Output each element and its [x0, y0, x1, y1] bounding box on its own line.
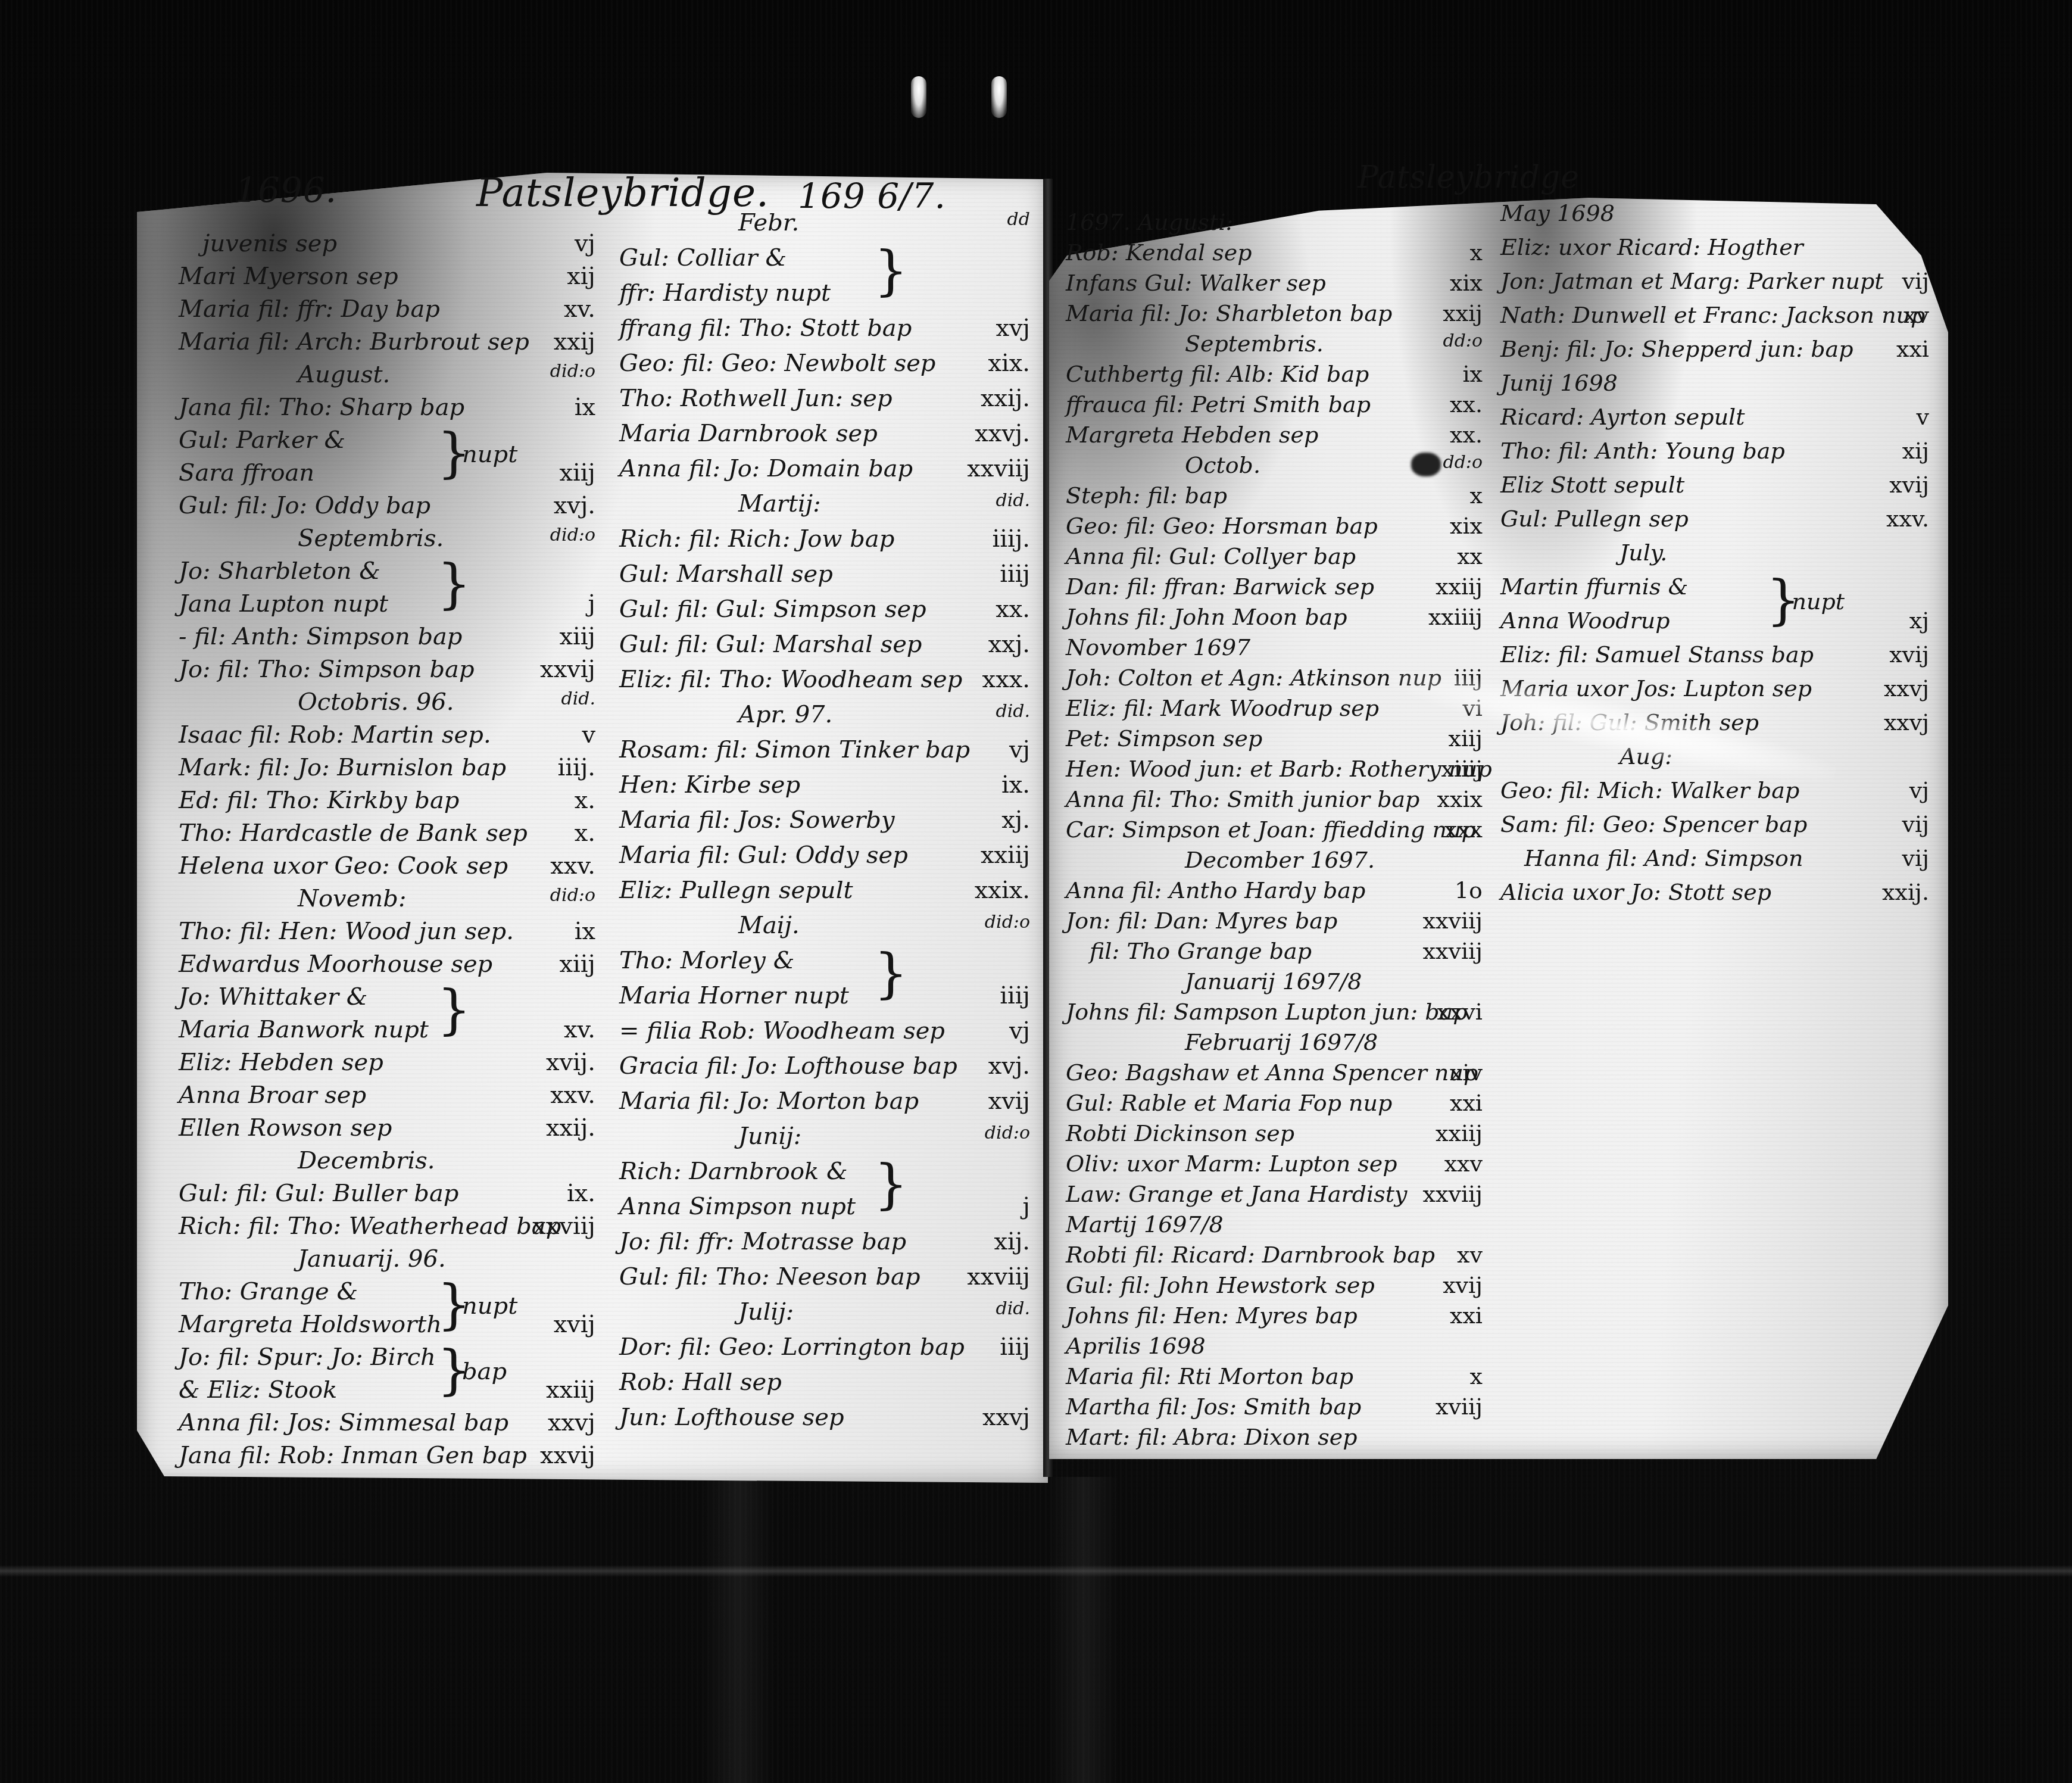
entry-text: Maria Darnbrook sep: [619, 420, 878, 447]
register-entry: - fil: Anth: Simpson bapxiij: [179, 619, 595, 652]
day-number: 1o: [1455, 877, 1483, 903]
day-column-label: did:o: [550, 525, 595, 546]
register-entry: Eliz: Hebden sepxvij.: [179, 1045, 595, 1078]
register-month-heading: May 1698: [1500, 197, 1929, 230]
entry-text: Maria fil: Jos: Sowerby: [619, 806, 895, 834]
day-number: xxv: [1444, 1151, 1483, 1177]
register-month-heading: Decembris.: [179, 1143, 595, 1176]
register-entry: Hen: Wood jun: et Barb: Rothery nupxiiij: [1066, 752, 1483, 783]
entry-text: Benj: fil: Jo: Shepperd jun: bap: [1500, 336, 1853, 362]
left-page-column-1: juvenis sepvjMari Myerson sepxijMaria fi…: [179, 226, 595, 1471]
day-number: ix.: [567, 1180, 595, 1207]
entry-text: Mari Myerson sep: [179, 263, 398, 290]
scan-band: [0, 1565, 2072, 1577]
day-number: xv.: [564, 295, 595, 323]
entry-text: Gul: fil: Gul: Buller bap: [179, 1180, 458, 1207]
entry-text: Gul: fil: John Hewstork sep: [1066, 1272, 1375, 1298]
day-number: xxvij: [540, 1442, 595, 1469]
day-number: xxi: [1450, 1302, 1483, 1329]
entry-text: Anna Broar sep: [179, 1081, 366, 1109]
day-number: xxij.: [981, 385, 1030, 412]
day-number: vj: [1009, 1017, 1030, 1045]
register-entry: Car: Simpson et Joan: ffiedding nupxxx: [1066, 813, 1483, 843]
register-entry: Jon: fil: Dan: Myres bapxxviij: [1066, 904, 1483, 934]
register-entry: Tho: Hardcastle de Bank sepx.: [179, 816, 595, 849]
register-entry: Jo: fil: Tho: Simpson bapxxvij: [179, 652, 595, 685]
day-number: x.: [575, 819, 595, 847]
day-number: j: [1023, 1193, 1030, 1220]
header-year-left: 1696.: [235, 170, 337, 210]
day-number: v: [1917, 404, 1929, 430]
register-entry: Maria Banwork nupt}xv.: [179, 1012, 595, 1045]
day-number: xxij.: [546, 1114, 595, 1142]
register-entry: Gul: fil: Tho: Neeson bapxxviij: [619, 1260, 1030, 1295]
day-number: vj: [1009, 736, 1030, 763]
day-number: x: [1470, 482, 1483, 509]
day-column-label: dd:o: [1443, 331, 1483, 351]
day-column-label: did:o: [985, 912, 1030, 933]
entry-text: Gul: Rable et Maria Fop nup: [1066, 1090, 1392, 1116]
day-number: xiij: [559, 623, 595, 650]
day-number: xxviij: [532, 1212, 595, 1240]
entry-text: Septembris.: [298, 525, 444, 552]
day-number: xj.: [1001, 806, 1030, 834]
register-month-heading: August.did:o: [179, 357, 595, 390]
register-entry: Martin ffurnis &: [1500, 570, 1929, 604]
entry-text: Octob.: [1185, 452, 1260, 478]
register-entry: ffr: Hardisty nupt}: [619, 276, 1030, 311]
day-number: xxviij: [967, 1263, 1030, 1291]
register-month-heading: Junij 1698: [1500, 366, 1929, 400]
register-entry: ffrang fil: Tho: Stott bapxvj: [619, 311, 1030, 346]
entry-text: Mark: fil: Jo: Burnislon bap: [179, 754, 506, 781]
register-entry: Benj: fil: Jo: Shepperd jun: bapxxi: [1500, 332, 1929, 366]
day-number: xxj.: [988, 631, 1030, 658]
day-number: xxviij: [967, 455, 1030, 482]
entry-text: Margreta Hebden sep: [1066, 422, 1318, 448]
entry-text: Jana fil: Rob: Inman Gen bap: [179, 1442, 527, 1469]
register-entry: Jo: Whittaker &: [179, 980, 595, 1012]
entry-text: Martij 1697/8: [1066, 1211, 1224, 1237]
scan-streak: [703, 1477, 774, 1783]
register-entry: Sara ffroan}nuptxiij: [179, 456, 595, 488]
register-entry: Rosam: fil: Simon Tinker bapvj: [619, 732, 1030, 768]
entry-text: Car: Simpson et Joan: ffiedding nup: [1066, 816, 1476, 843]
register-entry: Edwardus Moorhouse sepxiij: [179, 947, 595, 980]
register-entry: Robti fil: Ricard: Darnbrook bapxv: [1066, 1238, 1483, 1268]
entry-text: Maria Horner nupt: [619, 982, 849, 1009]
entry-text: Cuthbertg fil: Alb: Kid bap: [1066, 361, 1369, 387]
day-number: xvij: [1889, 472, 1929, 498]
entry-text: Rosam: fil: Simon Tinker bap: [619, 736, 970, 763]
day-number: x.: [575, 787, 595, 814]
day-number: xxvij: [540, 656, 595, 683]
register-month-heading: Februarij 1697/8: [1066, 1025, 1483, 1056]
marriage-brace: }: [437, 983, 471, 1037]
entry-text: Mart: fil: Abra: Dixon sep: [1066, 1424, 1358, 1450]
register-month-heading: Octobris. 96.did.: [179, 685, 595, 718]
entry-text: Rich: fil: Tho: Weatherhead bap: [179, 1212, 561, 1240]
register-entry: Rich: fil: Tho: Weatherhead bapxxviij: [179, 1209, 595, 1242]
entry-text: Dan: fil: ffran: Barwick sep: [1066, 573, 1374, 600]
brace-label: nupt: [1792, 588, 1845, 615]
entry-text: Gul: Marshall sep: [619, 560, 833, 588]
day-number: xv: [1904, 302, 1929, 328]
register-entry: Cuthbertg fil: Alb: Kid bapix: [1066, 357, 1483, 388]
entry-text: Eliz: fil: Mark Woodrup sep: [1066, 695, 1379, 721]
entry-text: Junij 1698: [1500, 370, 1618, 396]
day-number: v: [582, 721, 595, 749]
entry-text: ffr: Hardisty nupt: [619, 279, 831, 307]
day-number: iiij.: [558, 754, 596, 781]
day-column-label: did.: [996, 490, 1030, 511]
register-entry: Jo: Sharbleton &: [179, 554, 595, 587]
entry-text: Tho: fil: Anth: Young bap: [1500, 438, 1785, 464]
entry-text: Decomber 1697.: [1185, 847, 1375, 873]
day-number: iiij: [1000, 982, 1030, 1009]
register-month-heading: Novomber 1697: [1066, 631, 1483, 661]
register-entry: Geo: fil: Geo: Newbolt sepxix.: [619, 346, 1030, 381]
day-number: vj: [1909, 777, 1929, 803]
register-month-heading: Decomber 1697.: [1066, 843, 1483, 874]
scan-streak: [1048, 1477, 1119, 1783]
register-entry: Ricard: Ayrton sepultv: [1500, 400, 1929, 434]
register-entry: Maria fil: ffr: Day bapxv.: [179, 292, 595, 325]
register-month-heading: Novemb:did:o: [179, 881, 595, 914]
day-number: xix: [1450, 513, 1483, 539]
entry-text: Januarij. 96.: [298, 1245, 446, 1273]
day-number: xxi: [1450, 1090, 1483, 1116]
right-page-column-1: 1697. Augusti:Rob: Kendal sepxInfans Gul…: [1066, 205, 1483, 1451]
entry-text: Gul: Parker &: [179, 426, 345, 454]
entry-text: Jo: Whittaker &: [179, 983, 367, 1011]
register-entry: Sam: fil: Geo: Spencer bapvij: [1500, 808, 1929, 841]
register-entry: Maria fil: Rti Morton bapx: [1066, 1360, 1483, 1390]
register-entry: Isaac fil: Rob: Martin sep.v: [179, 718, 595, 750]
day-column-label: did:o: [550, 885, 595, 906]
register-entry: Anna fil: Gul: Collyer bapxx: [1066, 540, 1483, 570]
day-number: xvj.: [988, 1052, 1030, 1080]
register-entry: Dor: fil: Geo: Lorrington bapiiij: [619, 1330, 1030, 1365]
day-number: xxvj: [548, 1409, 595, 1436]
entry-text: Sam: fil: Geo: Spencer bap: [1500, 811, 1807, 837]
entry-text: juvenis sep: [202, 230, 337, 257]
entry-text: Aprilis 1698: [1066, 1333, 1206, 1359]
entry-text: Jo: fil: ffr: Motrasse bap: [619, 1228, 906, 1255]
day-number: vij: [1902, 845, 1929, 871]
register-entry: Jon: Jatman et Marg: Parker nuptvij: [1500, 264, 1929, 298]
day-number: xxx.: [982, 666, 1030, 693]
register-entry: = filia Rob: Woodheam sepvj: [619, 1014, 1030, 1049]
entry-text: Gul: Colliar &: [619, 244, 787, 272]
entry-text: Hanna fil: And: Simpson: [1524, 845, 1803, 871]
entry-text: Julij:: [738, 1298, 794, 1326]
entry-text: Margreta Holdsworth: [179, 1311, 442, 1338]
register-entry: Tho: Morley &: [619, 943, 1030, 978]
register-entry: Johns fil: Sampson Lupton jun: bapxxvi: [1066, 995, 1483, 1025]
entry-text: Johns fil: Hen: Myres bap: [1066, 1302, 1358, 1329]
entry-text: Hen: Wood jun: et Barb: Rothery nup: [1066, 756, 1492, 782]
entry-text: Robti Dickinson sep: [1066, 1120, 1294, 1146]
day-number: iiij: [1000, 1333, 1030, 1361]
register-entry: Gul: fil: Gul: Buller bapix.: [179, 1176, 595, 1209]
entry-text: Joh: Colton et Agn: Atkinson nup: [1066, 665, 1441, 691]
register-entry: Rob: Hall sep: [619, 1365, 1030, 1400]
register-entry: Jo: fil: ffr: Motrasse bapxij.: [619, 1224, 1030, 1260]
entry-text: Johns fil: John Moon bap: [1066, 604, 1347, 630]
day-number: xxvi: [1437, 999, 1483, 1025]
entry-text: Tho: Grange &: [179, 1278, 358, 1305]
entry-text: Rob: Hall sep: [619, 1369, 782, 1396]
day-number: xvij: [988, 1087, 1030, 1115]
entry-text: Eliz Stott sepult: [1500, 472, 1684, 498]
entry-text: ffrang fil: Tho: Stott bap: [619, 314, 912, 342]
entry-text: Jon: Jatman et Marg: Parker nupt: [1500, 268, 1884, 294]
register-month-heading: Octob.dd:o: [1066, 448, 1483, 479]
day-number: xxij: [1443, 300, 1483, 326]
register-entry: Rob: Kendal sepx: [1066, 236, 1483, 266]
register-entry: Jo: fil: Spur: Jo: Birch: [179, 1340, 595, 1373]
day-number: xxviij: [1423, 908, 1483, 934]
register-entry: Mart: fil: Abra: Dixon sep: [1066, 1420, 1483, 1451]
marriage-brace: }: [437, 557, 471, 611]
register-entry: Gul: Parker &: [179, 423, 595, 456]
day-column-label: did:o: [985, 1123, 1030, 1143]
day-column-label: dd: [1007, 209, 1030, 230]
brace-label: nupt: [462, 441, 517, 468]
register-entry: Eliz: Pullegn sepultxxix.: [619, 873, 1030, 908]
entry-text: Maria fil: Jo: Sharbleton bap: [1066, 300, 1392, 326]
register-entry: Gul: fil: John Hewstork sepxvij: [1066, 1268, 1483, 1299]
register-month-heading: Maij.did:o: [619, 908, 1030, 943]
entry-text: Novemb:: [298, 885, 406, 912]
entry-text: Sara ffroan: [179, 459, 314, 487]
binding-clip-mark: [911, 76, 926, 118]
day-number: xix.: [988, 350, 1030, 377]
day-number: j: [588, 590, 595, 618]
day-number: x: [1470, 1363, 1483, 1389]
register-entry: Johns fil: John Moon bapxxiiij: [1066, 600, 1483, 631]
register-entry: & Eliz: Stook}bapxxiij: [179, 1373, 595, 1405]
day-number: xxvj: [1884, 675, 1929, 702]
register-entry: Rich: Darnbrook &: [619, 1154, 1030, 1189]
register-entry: Maria fil: Gul: Oddy sepxxiij: [619, 838, 1030, 873]
entry-text: Johns fil: Sampson Lupton jun: bap: [1066, 999, 1468, 1025]
day-number: xxv.: [550, 852, 595, 880]
day-number: xxiij: [546, 1376, 595, 1404]
entry-text: Gul: fil: Jo: Oddy bap: [179, 492, 430, 519]
entry-text: Maria fil: Arch: Burbrout sep: [179, 328, 529, 356]
entry-text: Dor: fil: Geo: Lorrington bap: [619, 1333, 965, 1361]
register-entry: Gul: Colliar &: [619, 241, 1030, 276]
entry-text: Jon: fil: Dan: Myres bap: [1066, 908, 1337, 934]
register-entry: Margreta Hebden sepxx.: [1066, 418, 1483, 448]
register-entry: Gul: fil: Jo: Oddy bapxvj.: [179, 488, 595, 521]
register-entry: Ellen Rowson sepxxij.: [179, 1111, 595, 1143]
register-entry: Helena uxor Geo: Cook sepxxv.: [179, 849, 595, 881]
register-entry: Dan: fil: ffran: Barwick sepxxiij: [1066, 570, 1483, 600]
register-entry: Hen: Kirbe sepix.: [619, 768, 1030, 803]
register-entry: Gul: Pullegn sepxxv.: [1500, 502, 1929, 536]
register-entry: Gul: fil: Gul: Simpson sepxx.: [619, 592, 1030, 627]
entry-text: Novomber 1697: [1066, 634, 1250, 660]
day-column-label: did.: [996, 701, 1030, 722]
entry-text: fil: Tho Grange bap: [1090, 938, 1312, 964]
register-entry: Jun: Lofthouse sepxxvj: [619, 1400, 1030, 1435]
register-entry: Geo: Bagshaw et Anna Spencer nupxiv: [1066, 1056, 1483, 1086]
register-entry: ffrauca fil: Petri Smith bapxx.: [1066, 388, 1483, 418]
day-number: ix: [1462, 361, 1483, 387]
day-number: xvij: [1443, 1272, 1483, 1298]
entry-text: Law: Grange et Jana Hardisty: [1066, 1181, 1407, 1207]
entry-text: Maria fil: Rti Morton bap: [1066, 1363, 1353, 1389]
register-entry: Tho: Rothwell Jun: sepxxij.: [619, 381, 1030, 416]
day-number: ix.: [1001, 771, 1030, 799]
entry-text: Septembris.: [1185, 331, 1324, 357]
entry-text: Jana fil: Tho: Sharp bap: [179, 394, 464, 421]
entry-text: Oliv: uxor Marm: Lupton sep: [1066, 1151, 1397, 1177]
register-entry: Gul: fil: Gul: Marshal sepxxj.: [619, 627, 1030, 662]
entry-text: Ellen Rowson sep: [179, 1114, 392, 1142]
brace-label: bap: [462, 1358, 507, 1385]
register-entry: Eliz Stott sepultxvij: [1500, 468, 1929, 502]
register-entry: Anna Broar sepxxv.: [179, 1078, 595, 1111]
entry-text: Pet: Simpson sep: [1066, 725, 1262, 752]
register-entry: Martha fil: Jos: Smith bapxviij: [1066, 1390, 1483, 1420]
register-entry: Anna fil: Tho: Smith junior bapxxix: [1066, 783, 1483, 813]
entry-text: Martij:: [738, 490, 821, 518]
entry-text: Rob: Kendal sep: [1066, 239, 1252, 266]
day-number: xxvj.: [975, 420, 1030, 447]
register-entry: juvenis sepvj: [179, 226, 595, 259]
entry-text: Octobris. 96.: [298, 688, 454, 716]
register-entry: Eliz: fil: Tho: Woodheam sepxxx.: [619, 662, 1030, 697]
marriage-brace: }: [874, 947, 908, 1000]
entry-text: Tho: fil: Hen: Wood jun sep.: [179, 918, 514, 945]
entry-text: Martha fil: Jos: Smith bap: [1066, 1394, 1361, 1420]
register-entry: Hanna fil: And: Simpsonvij: [1500, 841, 1929, 875]
entry-text: Geo: fil: Geo: Newbolt sep: [619, 350, 935, 377]
entry-text: Februarij 1697/8: [1185, 1029, 1378, 1055]
register-entry: Gul: Rable et Maria Fop nupxxi: [1066, 1086, 1483, 1117]
entry-text: Martin ffurnis &: [1500, 573, 1688, 600]
entry-text: Isaac fil: Rob: Martin sep.: [179, 721, 491, 749]
register-entry: Ed: fil: Tho: Kirkby bapx.: [179, 783, 595, 816]
entry-text: Anna fil: Gul: Collyer bap: [1066, 543, 1356, 569]
entry-text: Steph: fil: bap: [1066, 482, 1227, 509]
entry-text: Geo: Bagshaw et Anna Spencer nup: [1066, 1059, 1478, 1086]
register-entry: Nath: Dunwell et Franc: Jackson nupxv: [1500, 298, 1929, 332]
entry-text: Anna fil: Jos: Simmesal bap: [179, 1409, 508, 1436]
entry-text: = filia Rob: Woodheam sep: [619, 1017, 945, 1045]
entry-text: Tho: Morley &: [619, 947, 794, 974]
day-number: xviij: [1436, 1394, 1483, 1420]
register-entry: Maria fil: Jo: Sharbleton bapxxij: [1066, 297, 1483, 327]
register-entry: Jana fil: Tho: Sharp bapix: [179, 390, 595, 423]
day-number: xij.: [994, 1228, 1030, 1255]
marriage-brace: }: [874, 1158, 908, 1211]
day-number: xxvj: [982, 1404, 1030, 1431]
entry-text: Anna fil: Jo: Domain bap: [619, 455, 913, 482]
day-number: xvij.: [546, 1049, 595, 1076]
entry-text: Maria fil: Jo: Morton bap: [619, 1087, 919, 1115]
register-entry: Rich: fil: Rich: Jow bapiiij.: [619, 522, 1030, 557]
entry-text: Hen: Kirbe sep: [619, 771, 800, 799]
entry-text: Rich: Darnbrook &: [619, 1158, 848, 1185]
day-number: xxx: [1444, 816, 1483, 843]
day-number: xv.: [564, 1016, 595, 1043]
day-number: iiij.: [993, 525, 1031, 553]
register-entry: Tho: Grange &: [179, 1274, 595, 1307]
day-number: iiij: [1000, 560, 1030, 588]
entry-text: July.: [1619, 540, 1667, 566]
entry-text: Eliz: Pullegn sepult: [619, 877, 853, 904]
day-number: xiij: [559, 459, 595, 487]
day-column-label: did.: [561, 688, 595, 709]
day-number: xxviij: [1423, 1181, 1483, 1207]
register-entry: Law: Grange et Jana Hardistyxxviij: [1066, 1177, 1483, 1208]
day-number: vij: [1902, 811, 1929, 837]
day-number: xxviij: [1423, 938, 1483, 964]
entry-text: Ed: fil: Tho: Kirkby bap: [179, 787, 459, 814]
day-number: ix: [575, 394, 595, 421]
marriage-brace: }: [874, 244, 908, 298]
entry-text: Helena uxor Geo: Cook sep: [179, 852, 508, 880]
register-month-heading: July.: [1500, 536, 1929, 570]
register-entry: Geo: fil: Mich: Walker bapvj: [1500, 774, 1929, 808]
day-number: xvij: [1889, 641, 1929, 668]
entry-text: Jo: fil: Spur: Jo: Birch: [179, 1344, 436, 1371]
entry-text: Tho: Rothwell Jun: sep: [619, 385, 893, 412]
register-entry: Anna Simpson nupt}j: [619, 1189, 1030, 1224]
entry-text: Gracia fil: Jo: Lofthouse bap: [619, 1052, 957, 1080]
register-entry: Steph: fil: bapx: [1066, 479, 1483, 509]
day-number: xx: [1457, 543, 1483, 569]
entry-text: Tho: Hardcastle de Bank sep: [179, 819, 528, 847]
register-entry: Mari Myerson sepxij: [179, 259, 595, 292]
entry-text: Infans Gul: Walker sep: [1066, 270, 1326, 296]
day-number: xxi: [1896, 336, 1929, 362]
day-number: xxv.: [1886, 506, 1929, 532]
day-number: xxix.: [975, 877, 1030, 904]
register-entry: Gul: Marshall sepiiij: [619, 557, 1030, 592]
entry-text: Alicia uxor Jo: Stott sep: [1500, 879, 1771, 905]
entry-text: Maria fil: ffr: Day bap: [179, 295, 440, 323]
day-number: xxiij: [1436, 573, 1483, 600]
entry-text: Anna Simpson nupt: [619, 1193, 856, 1220]
entry-text: Gul: Pullegn sep: [1500, 506, 1689, 532]
day-number: vj: [575, 230, 595, 257]
day-number: xiv: [1450, 1059, 1483, 1086]
entry-text: Gul: fil: Tho: Neeson bap: [619, 1263, 920, 1291]
day-number: xx.: [1450, 391, 1483, 417]
entry-text: Geo: fil: Geo: Horsman bap: [1066, 513, 1378, 539]
day-number: xx.: [996, 596, 1030, 623]
register-entry: Infans Gul: Walker sepxix: [1066, 266, 1483, 297]
register-entry: Maria Horner nupt}iiij: [619, 978, 1030, 1014]
register-entry: Anna fil: Jos: Simmesal bapxxvj: [179, 1405, 595, 1438]
entry-text: Januarij 1697/8: [1185, 968, 1362, 995]
register-month-heading: Januarij. 96.: [179, 1242, 595, 1274]
day-number: xvj: [996, 314, 1030, 342]
register-entry: fil: Tho Grange bapxxviij: [1066, 934, 1483, 965]
day-number: xxvj: [1884, 709, 1929, 735]
register-entry: Margreta Holdsworth}nuptxvij: [179, 1307, 595, 1340]
header-place-right: Patsleybridge: [1358, 160, 1580, 195]
entry-text: - fil: Anth: Simpson bap: [179, 623, 462, 650]
entry-text: Eliz: fil: Tho: Woodheam sep: [619, 666, 962, 693]
register-entry: Tho: fil: Hen: Wood jun sep.ix: [179, 914, 595, 947]
